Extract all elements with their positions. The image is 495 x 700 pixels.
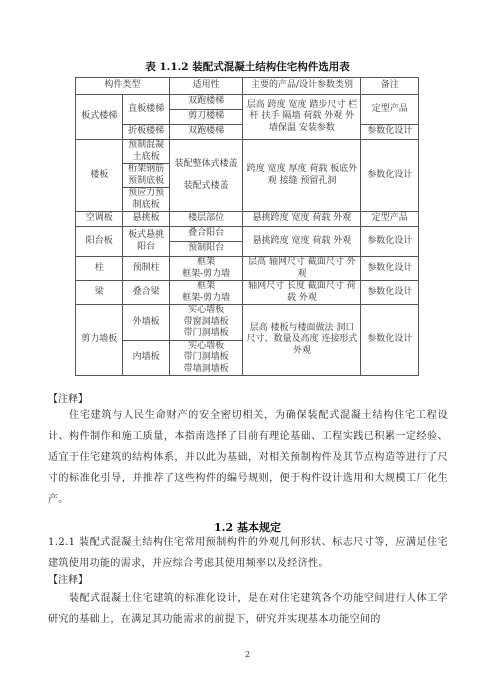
cell-applicability: 预制阳台 — [169, 242, 243, 257]
cell-remark: 定型产品 — [361, 95, 419, 125]
table-row: 梁 叠合梁 框架 框架-剪力墙 轴网尺寸 长度 截面尺寸 荷载 外观 参数化设计 — [76, 281, 419, 305]
applicability-line: 实心墙板 — [172, 341, 241, 353]
cell-remark: 参数化设计 — [361, 140, 419, 212]
table-row: 阳台板 板式悬挑阳台 叠合阳台 悬挑跨度 宽度 荷载 外观 参数化设计 — [76, 227, 419, 242]
cell-subtype: 板式悬挑阳台 — [123, 227, 169, 257]
table-row: 空调板 悬挑板 楼层部位 悬挑跨度 宽度 荷载 外观 定型产品 — [76, 212, 419, 227]
cell-subtype: 预制柱 — [123, 257, 169, 281]
cell-applicability: 框架 框架-剪力墙 — [169, 257, 243, 281]
cell-type: 剪力墙板 — [76, 305, 123, 376]
note-paragraph: 住宅建筑与人民生命财产的安全密切相关，为确保装配式混凝土结构住宅工程设计、构件制… — [48, 405, 448, 510]
cell-subtype: 叠合梁 — [123, 281, 169, 305]
cell-params: 跨度 宽度 厚度 荷载 板底外观 接缝 预留孔洞 — [243, 140, 361, 212]
cell-type: 楼板 — [76, 140, 123, 212]
cell-applicability: 实心墙板 带门洞墙板 带墙洞墙板 — [169, 340, 243, 376]
cell-applicability: 楼层部位 — [169, 212, 243, 227]
applicability-line: 带墙洞墙板 — [172, 364, 241, 376]
note-label: 【注释】 — [48, 390, 88, 405]
cell-type: 梁 — [76, 281, 123, 305]
clause-paragraph: 1.2.1 装配式混凝土结构住宅常用预制构件的外观几何形状、标志尺寸等，应满足住… — [48, 532, 448, 574]
table-caption: 表 1.1.2 装配式混凝土结构住宅构件选用表 — [0, 59, 495, 74]
applicability-line: 带窗洞墙板 — [172, 317, 241, 329]
table-row: 柱 预制柱 框架 框架-剪力墙 层高 轴网尺寸 截面尺寸 外观 参数化设计 — [76, 257, 419, 281]
applicability-line: 框架 — [172, 281, 241, 293]
cell-applicability: 双跑楼梯 — [169, 95, 243, 110]
cell-applicability: 叠合阳台 — [169, 227, 243, 242]
cell-remark: 参数化设计 — [361, 281, 419, 305]
cell-remark: 参数化设计 — [361, 257, 419, 281]
cell-params: 层高 跨度 宽度 踏步尺寸 栏杆 扶手 隔墙 荷载 外观 外墙保温 安装参数 — [243, 95, 361, 140]
note-label: 【注释】 — [48, 571, 88, 586]
header-params: 主要的产品/设计参数类别 — [243, 78, 361, 95]
applicability-line: 框架-剪力墙 — [172, 293, 241, 305]
cell-subtype: 外墙板 — [123, 305, 169, 341]
cell-type: 空调板 — [76, 212, 123, 227]
component-selection-table: 构件类型 适用性 主要的产品/设计参数类别 备注 板式楼梯 直板楼梯 双跑楼梯 … — [75, 77, 419, 376]
cell-remark: 定型产品 — [361, 212, 419, 227]
table-row: 剪力墙板 外墙板 实心墙板 带窗洞墙板 带门洞墙板 层高 楼板与楼面做法 洞口尺… — [76, 305, 419, 341]
cell-type: 柱 — [76, 257, 123, 281]
page-number: 2 — [0, 650, 495, 659]
table-row: 楼板 预制混凝土底板 装配整体式楼盖 装配式楼盖 跨度 宽度 厚度 荷载 板底外… — [76, 140, 419, 164]
cell-remark: 参数化设计 — [361, 125, 419, 140]
applicability-line: 框架-剪力墙 — [172, 269, 241, 281]
cell-type: 板式楼梯 — [76, 95, 123, 140]
table-row: 板式楼梯 直板楼梯 双跑楼梯 层高 跨度 宽度 踏步尺寸 栏杆 扶手 隔墙 荷载… — [76, 95, 419, 110]
header-component-type: 构件类型 — [76, 78, 170, 95]
applicability-line: 装配式楼盖 — [172, 181, 241, 193]
applicability-line: 实心墙板 — [172, 305, 241, 317]
cell-remark: 参数化设计 — [361, 227, 419, 257]
cell-remark: 参数化设计 — [361, 305, 419, 376]
cell-params: 轴网尺寸 长度 截面尺寸 荷载 外观 — [243, 281, 361, 305]
applicability-line: 带门洞墙板 — [172, 352, 241, 364]
cell-applicability: 框架 框架-剪力墙 — [169, 281, 243, 305]
header-applicability: 适用性 — [169, 78, 243, 95]
cell-subtype: 预制混凝土底板 — [123, 140, 169, 164]
cell-applicability: 装配整体式楼盖 装配式楼盖 — [169, 140, 243, 212]
cell-applicability: 剪刀楼梯 — [169, 110, 243, 125]
header-remarks: 备注 — [361, 78, 419, 95]
cell-subtype: 内墙板 — [123, 340, 169, 376]
table-header-row: 构件类型 适用性 主要的产品/设计参数类别 备注 — [76, 78, 419, 95]
cell-subtype: 悬挑板 — [123, 212, 169, 227]
cell-params: 悬挑跨度 宽度 荷载 外观 — [243, 212, 361, 227]
cell-subtype: 预应力预制底板 — [123, 188, 169, 212]
note-paragraph: 装配式混凝土住宅建筑的标准化设计，是在对住宅建筑各个功能空间进行人体工学研究的基… — [48, 588, 448, 630]
cell-applicability: 双跑楼梯 — [169, 125, 243, 140]
applicability-line: 装配整体式楼盖 — [172, 159, 241, 171]
cell-applicability: 实心墙板 带窗洞墙板 带门洞墙板 — [169, 305, 243, 341]
cell-subtype: 桁架钢筋预制底板 — [123, 164, 169, 188]
cell-params: 悬挑跨度 宽度 荷载 外观 — [243, 227, 361, 257]
cell-params: 层高 轴网尺寸 截面尺寸 外观 — [243, 257, 361, 281]
applicability-line: 框架 — [172, 257, 241, 269]
cell-subtype: 直板楼梯 — [123, 95, 169, 125]
applicability-line: 带门洞墙板 — [172, 328, 241, 340]
cell-type: 阳台板 — [76, 227, 123, 257]
cell-subtype: 折板楼梯 — [123, 125, 169, 140]
cell-params: 层高 楼板与楼面做法 洞口尺寸、数量及高度 连接形式 外观 — [243, 305, 361, 376]
